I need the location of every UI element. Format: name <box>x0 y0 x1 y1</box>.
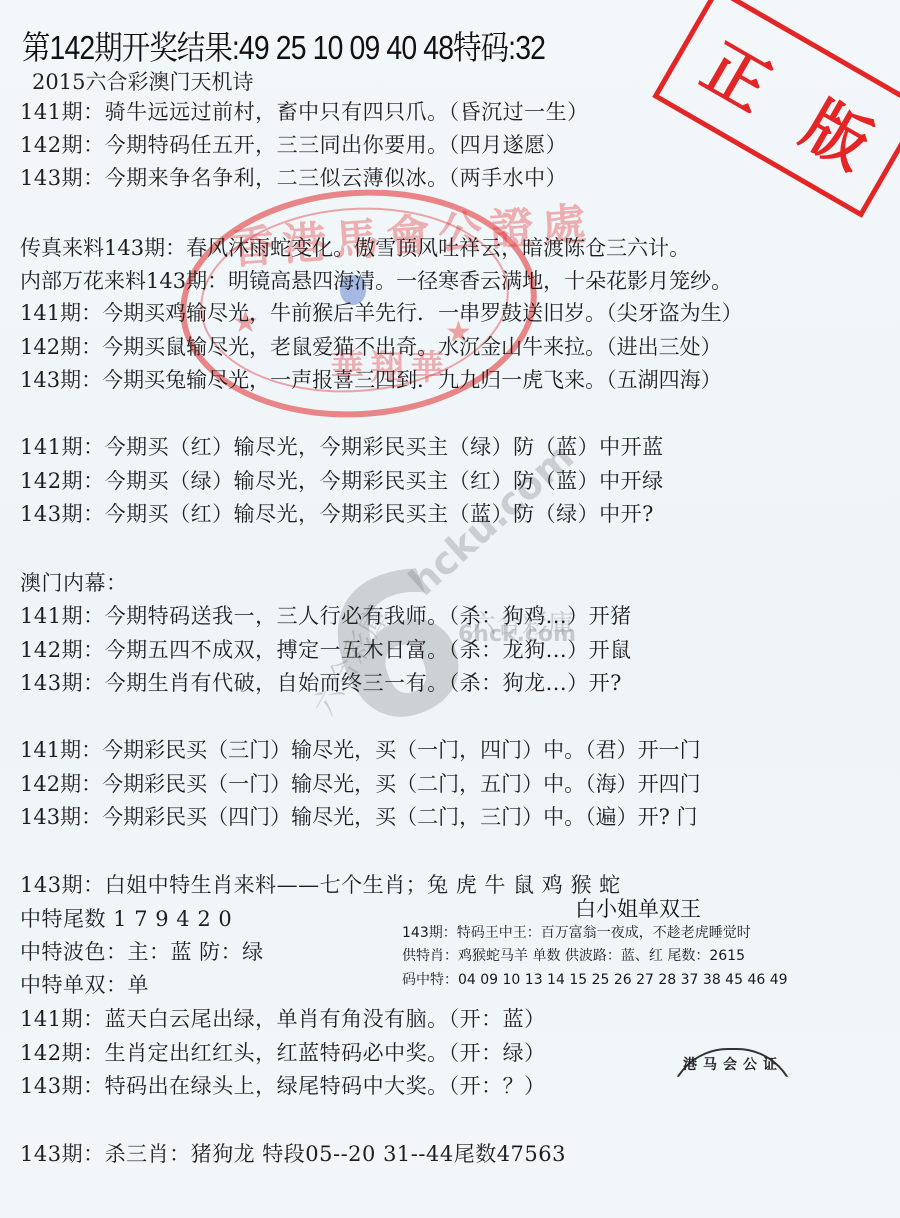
fax-line: 传真来料143期：春风沐雨蛇变化。傲雪顶风吐祥云，暗渡陈仓三六计。 <box>20 232 690 262</box>
riddle-line: 142期：生肖定出红红头，红蓝特码必中奖。（开：绿） <box>20 1037 546 1067</box>
kill-zodiac-line: 143期：杀三肖：猪狗龙 特段05--20 31--44尾数47563 <box>20 1138 566 1168</box>
authentic-stamp: 正 版 <box>652 0 900 218</box>
wave-color-line: 中特波色：主：蓝 防：绿 <box>20 936 264 966</box>
poem-subtitle: 2015六合彩澳门天机诗 <box>32 66 253 96</box>
inside-line: 141期：今期特码送我一，三人行必有我师。（杀：狗鸡...）开猪 <box>20 600 632 630</box>
color-line: 141期：今期买（红）输尽光，今期彩民买主（绿）防（蓝）中开蓝 <box>20 431 664 461</box>
riddle-line: 143期：特码出在绿头上，绿尾特码中大奖。（开：？） <box>20 1070 546 1100</box>
inside-heading: 澳门内幕： <box>20 567 128 597</box>
color-line: 143期：今期买（红）输尽光，今期彩民买主（蓝）防（绿）中开? <box>20 498 654 528</box>
fax-line: 141期：今期买鸡输尽光，牛前猴后羊先行．一串罗鼓送旧岁。（尖牙盗为生） <box>20 297 743 327</box>
stamp-char: 版 <box>789 75 890 187</box>
tail-number-line: 中特尾数 1 7 9 4 2 0 <box>20 903 232 933</box>
fax-line: 143期：今期买兔输尽光，一声报喜三四到．九九归一虎飞来。（五湖四海） <box>20 364 722 394</box>
poem-line: 141期：骑牛远远过前村，畜中只有四只爪。（昏沉过一生） <box>20 96 589 126</box>
door-line: 141期：今期彩民买（三门）输尽光，买（一门，四门）中。（君）开一门 <box>20 734 701 764</box>
inside-line: 142期：今期五四不成双，搏定一五木日富。（杀：龙狗...）开鼠 <box>20 634 632 664</box>
box-title: 白小姐单双王 <box>575 893 701 923</box>
draw-result-title: 第142期开奖结果:49 25 10 09 40 48特码:32 <box>22 22 545 69</box>
odd-even-line: 中特单双：单 <box>20 969 149 999</box>
door-line: 143期：今期彩民买（四门）输尽光，买（二门，三门）中。（遍）开? 门 <box>20 801 698 831</box>
inside-line: 143期：今期生肖有代破，自始而终三一有。（杀：狗龙...）开? <box>20 667 622 697</box>
stamp-char: 正 <box>688 17 789 129</box>
poem-line: 143期：今期来争名争利，二三似云薄似冰。（两手水中） <box>20 162 567 192</box>
zodiac-line: 143期：白姐中特生肖来料——七个生肖；兔 虎 牛 鼠 鸡 猴 蛇 <box>20 869 621 899</box>
poem-line: 142期：今期特码任五开，三三同出你要用。（四月遂愿） <box>20 129 567 159</box>
fax-line: 142期：今期买鼠输尽光，老鼠爱猫不出奇。水沉金山牛来拉。（进出三处） <box>20 331 722 361</box>
box-line: 码中特：04 09 10 13 14 15 25 26 27 28 37 38 … <box>402 969 788 989</box>
box-line: 供特肖：鸡猴蛇马羊 单数 供波路：蓝、红 尾数：2615 <box>402 945 745 965</box>
riddle-line: 141期：蓝天白云尾出绿，单肖有角没有脑。（开：蓝） <box>20 1003 546 1033</box>
bottom-seal-text: 港马会公证 <box>683 1054 783 1074</box>
door-line: 142期：今期彩民买（一门）输尽光，买（二门，五门）中。（海）开四门 <box>20 768 701 798</box>
color-line: 142期：今期买（绿）输尽光，今期彩民买主（红）防（蓝）中开绿 <box>20 465 664 495</box>
lottery-document: 香港馬會公證處 華翔華 ★ ★ 6 hcku.com 六合彩庫 6hck.com… <box>0 0 900 1218</box>
box-line: 143期：特码王中王：百万富翁一夜成，不趁老虎睡觉时 <box>402 922 751 942</box>
fax-line: 内部万花来料143期：明镜高悬四海清。一径寒香云满地，十朵花影月笼纱。 <box>20 265 732 295</box>
